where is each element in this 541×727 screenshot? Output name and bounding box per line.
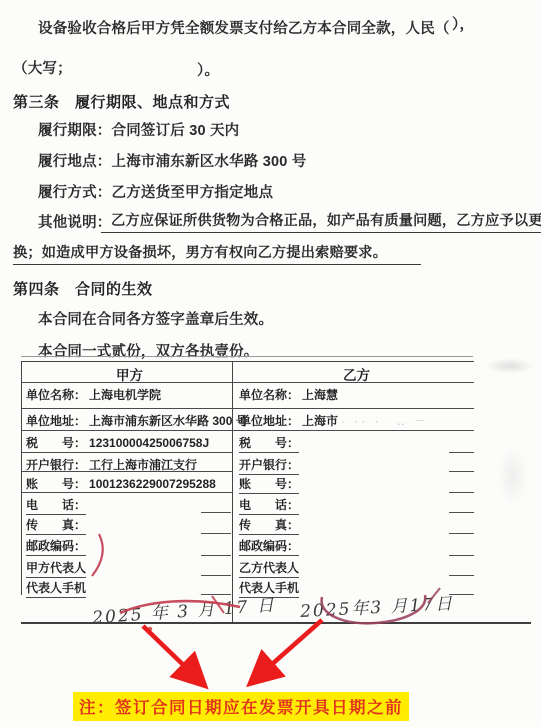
payment-clause-close-paren: ）， <box>452 13 474 34</box>
table-row: 甲方代表人 乙方代表人 <box>22 556 474 576</box>
red-arrow-left <box>143 626 202 683</box>
row-value: 上海市浦东新区水华路 300 号 <box>89 414 248 428</box>
row-label: 传 真： <box>26 518 86 535</box>
row-value: 12310000425006758J <box>89 436 209 450</box>
table-row: 邮政编码： 邮政编码： <box>22 534 474 556</box>
row-label: 开户银行： <box>26 458 86 472</box>
other-note-line2: 换；如造成甲方设备损坏，男方有权向乙方提出索赔要求。 <box>13 242 421 265</box>
payment-clause-text: 设备验收合格后甲方凭全额发票支付给乙方本合同全款，人民（ <box>38 17 450 38</box>
row-value: 1001236229007295288 <box>89 477 216 491</box>
row-label: 单位地址： <box>239 414 299 428</box>
row-value: 上海慧 <box>302 388 338 402</box>
row-label: 传 真： <box>239 518 299 535</box>
row-label: 邮政编码： <box>26 539 86 556</box>
party-a-header: 甲方 <box>22 362 233 383</box>
table-center-divider <box>232 361 233 623</box>
table-row: 税 号：12310000425006758J 税 号： <box>22 431 474 453</box>
row-label: 邮政编码： <box>239 539 299 556</box>
row-label: 税 号： <box>239 436 299 453</box>
highlighted-note: 注：签订合同日期应在发票开具日期之前 <box>73 692 409 721</box>
row-label: 代表人手机 <box>26 581 86 598</box>
table-row: 传 真： 传 真： <box>22 513 474 534</box>
row-label: 账 号： <box>239 477 299 494</box>
table-header-row: 甲方 乙方 <box>22 362 474 383</box>
row-label: 账 号： <box>26 477 86 491</box>
redacted-text: · ·· · ‥ － <box>341 414 429 428</box>
other-note-line1: 乙方应保证所供货物为合格正品，如产品有质量问题，乙方应予以更 <box>101 210 541 233</box>
copies-clause-line: 本合同一式贰份，双方各执壹份。 <box>38 340 259 361</box>
row-value: 上海市 <box>302 414 338 428</box>
faded-stamp-smudge <box>498 446 528 506</box>
row-label: 税 号： <box>26 436 86 450</box>
row-label: 单位地址： <box>26 414 86 428</box>
amount-words-close: ）。 <box>197 59 219 80</box>
row-value: 上海电机学院 <box>89 388 161 402</box>
signature-table: 甲方 乙方 单位名称：上海电机学院 单位名称：上海慧 单位地址：上海市浦东新区水… <box>21 361 474 595</box>
faded-stamp-smudge <box>486 358 534 374</box>
red-arrow-right <box>253 620 322 681</box>
table-row: 电 话： 电 话： <box>22 493 474 513</box>
party-b-header: 乙方 <box>233 362 474 383</box>
table-row: 单位地址：上海市浦东新区水华路 300 号 单位地址：上海市· ·· · ‥ － <box>22 409 474 431</box>
performance-method-line: 履行方式：乙方送货至甲方指定地点 <box>38 181 273 202</box>
table-row: 单位名称：上海电机学院 单位名称：上海慧 <box>22 383 474 409</box>
section4-heading: 第四条 合同的生效 <box>13 278 153 299</box>
table-row: 账 号：1001236229007295288 账 号： <box>22 472 474 493</box>
performance-term-line: 履行期限：合同签订后 30 天内 <box>38 119 239 140</box>
table-row: 开户银行：工行上海市浦江支行 开户银行： <box>22 453 474 472</box>
red-ink-dot <box>148 627 152 631</box>
table-top-shadow-line <box>21 356 473 357</box>
amount-words-open: （大写； <box>13 57 72 78</box>
row-label: 单位名称： <box>239 388 299 402</box>
effective-clause-line: 本合同在合同各方签字盖章后生效。 <box>38 308 273 329</box>
row-label: 单位名称： <box>26 388 86 402</box>
section3-heading: 第三条 履行期限、地点和方式 <box>13 91 230 112</box>
performance-place-line: 履行地点：上海市浦东新区水华路 300 号 <box>38 150 306 171</box>
row-value: 工行上海市浦江支行 <box>89 458 197 472</box>
